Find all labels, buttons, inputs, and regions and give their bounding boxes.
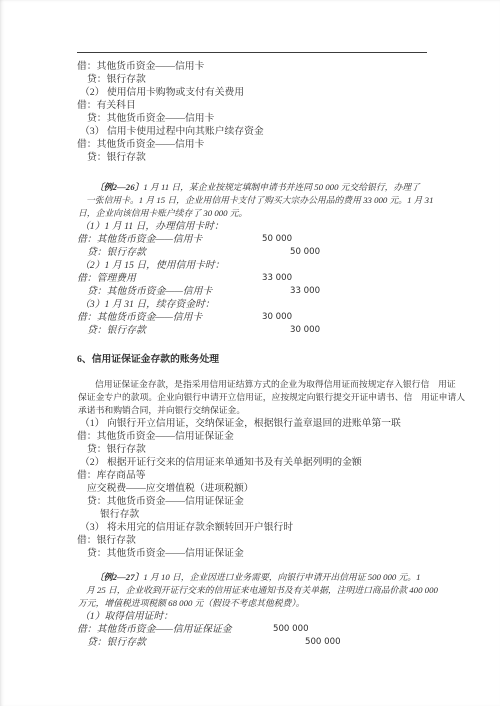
journal-entry-line: 贷：其他货币资金——信用卡 xyxy=(77,112,500,125)
journal-entry-line: 借：其他货币资金——信用卡 xyxy=(77,138,500,151)
paragraph-line: 信用证保证金存款，是指采用信用证结算方式的企业为取得信用证而按规定存入银行信 用… xyxy=(77,378,500,391)
credit-card-entries-top: 借：其他货币资金——信用卡贷：银行存款（2） 使用信用卡购物或支付有关费用借：有… xyxy=(77,60,500,164)
journal-entry-line: 借：银行存款 xyxy=(77,534,500,547)
journal-entry-line: 借：其他货币资金——信用证保证金500 000 xyxy=(77,623,500,636)
header-rule xyxy=(77,52,427,53)
journal-entry-line: 贷：银行存款 xyxy=(77,73,500,86)
paragraph-line: 日，企业向该信用卡账户续存了 30 000 元。 xyxy=(77,207,500,220)
amount-value: 50 000 xyxy=(262,233,292,246)
journal-entry-line: 贷：银行存款 xyxy=(77,443,500,456)
section-heading: 6、信用证保证金存款的账务处理 xyxy=(77,353,500,366)
journal-entry-line: 贷：银行存款50 000 xyxy=(77,246,500,259)
journal-entry-line: 借：其他货币资金——信用卡 xyxy=(77,60,500,73)
list-item-line: （1）取得信用证时： xyxy=(77,610,500,623)
section-6-heading: 6、信用证保证金存款的账务处理 xyxy=(77,353,500,366)
list-item-line: （2） 根据开证行交来的信用证来单通知书及有关单据列明的金额 xyxy=(77,456,500,469)
list-item-line: （3）1 月 31 日，续存资金时： xyxy=(77,298,500,311)
journal-entry-line: 贷：其他货币资金——信用证保证金 xyxy=(77,495,500,508)
journal-entry-line: 贷：银行存款 xyxy=(77,151,500,164)
paragraph-line: 〔例2—27〕1 月 10 日，企业因进口业务需要，向银行申请开出信用证 500… xyxy=(77,571,500,584)
example-label: 〔例2—27〕 xyxy=(95,572,143,582)
example-2-26: 〔例2—26〕1 月 11 日，某企业按规定填制申请书并连同 50 000 元交… xyxy=(77,181,500,337)
paragraph-line: 保证金专户的款项。企业向银行申请开立信用证，应按规定向银行提交开证申请书、信 用… xyxy=(77,391,500,404)
amount-value: 500 000 xyxy=(273,623,309,636)
document-body: 借：其他货币资金——信用卡贷：银行存款（2） 使用信用卡购物或支付有关费用借：有… xyxy=(0,60,500,649)
journal-entry-line: 借：有关科目 xyxy=(77,99,500,112)
amount-value: 33 000 xyxy=(290,285,320,298)
letter-of-credit-section: 信用证保证金存款，是指采用信用证结算方式的企业为取得信用证而按规定存入银行信 用… xyxy=(77,378,500,560)
journal-entry-line: 银行存款 xyxy=(77,508,500,521)
paragraph-line: 一张信用卡。1 月 15 日，企业用信用卡支付了购买大宗办公用品的费用 33 0… xyxy=(77,194,500,207)
journal-entry-line: 借：其他货币资金——信用卡30 000 xyxy=(77,311,500,324)
list-item-line: （2） 使用信用卡购物或支付有关费用 xyxy=(77,86,500,99)
amount-value: 30 000 xyxy=(290,324,320,337)
paragraph-line: 〔例2—26〕1 月 11 日，某企业按规定填制申请书并连同 50 000 元交… xyxy=(77,181,500,194)
list-item-line: （1） 向银行开立信用证，交纳保证金，根据银行盖章退回的进账单第一联 xyxy=(77,417,500,430)
journal-entry-line: 应交税费——应交增值税（进项税额） xyxy=(77,482,500,495)
example-label: 〔例2—26〕 xyxy=(95,182,143,192)
journal-entry-line: 贷：其他货币资金——信用卡33 000 xyxy=(77,285,500,298)
paragraph-line: 承诺书和购销合同，并向银行交纳保证金。 xyxy=(77,404,500,417)
amount-value: 500 000 xyxy=(305,636,341,649)
journal-entry-line: 借：库存商品等 xyxy=(77,469,500,482)
document-page: 借：其他货币资金——信用卡贷：银行存款（2） 使用信用卡购物或支付有关费用借：有… xyxy=(0,0,500,706)
paragraph-line: 万元，增值税进项税额 68 000 元（假设不考虑其他税费）。 xyxy=(77,597,500,610)
journal-entry-line: 借：其他货币资金——信用卡50 000 xyxy=(77,233,500,246)
list-item-line: （1）1 月 11 日，办理信用卡时： xyxy=(77,220,500,233)
example-2-27: 〔例2—27〕1 月 10 日，企业因进口业务需要，向银行申请开出信用证 500… xyxy=(77,571,500,649)
journal-entry-line: 贷：银行存款500 000 xyxy=(77,636,500,649)
amount-value: 33 000 xyxy=(262,272,292,285)
journal-entry-line: 贷：其他货币资金——信用证保证金 xyxy=(77,547,500,560)
list-item-line: （3） 信用卡使用过程中向其账户续存资金 xyxy=(77,125,500,138)
list-item-line: （3） 将未用完的信用证存款余额转回开户银行时 xyxy=(77,521,500,534)
amount-value: 30 000 xyxy=(262,311,292,324)
amount-value: 50 000 xyxy=(290,246,320,259)
journal-entry-line: 借：其他货币资金——信用证保证金 xyxy=(77,430,500,443)
paragraph-line: 月 25 日，企业收到开证行交来的信用证来电通知书及有关单据，注明进口商品价款 … xyxy=(77,584,500,597)
journal-entry-line: 贷：银行存款30 000 xyxy=(77,324,500,337)
journal-entry-line: 借：管理费用33 000 xyxy=(77,272,500,285)
list-item-line: （2）1 月 15 日，使用信用卡时： xyxy=(77,259,500,272)
